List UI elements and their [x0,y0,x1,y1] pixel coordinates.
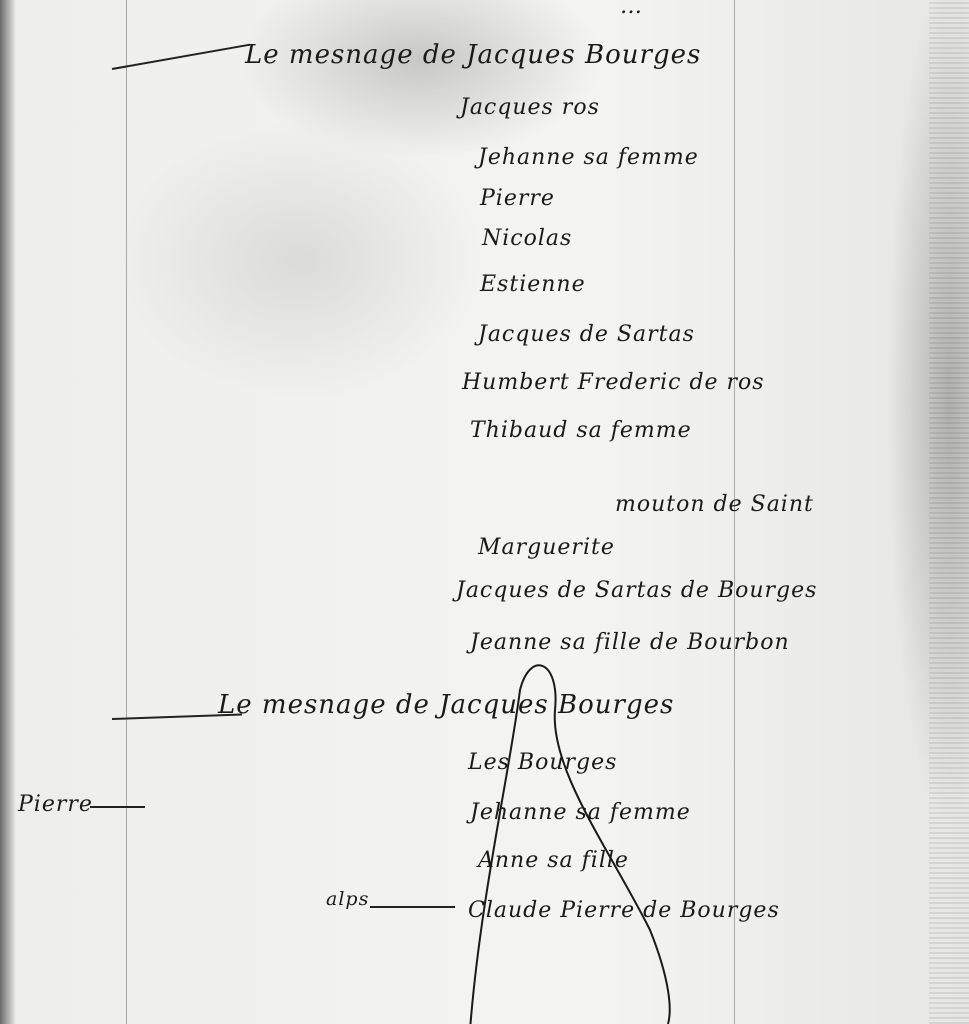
entry: Jacques ros [460,95,600,120]
entry: Jacques de Sartas de Bourges [456,578,817,603]
entry: Jacques de Sartas [478,322,695,347]
section-heading: Le mesnage de Jacques Bourges [245,40,701,70]
margin-rule [126,0,127,1024]
scan-edge [929,0,969,1024]
ink-loop [440,650,700,1024]
top-fragment: … [620,0,643,19]
entry: mouton de Saint [615,492,814,517]
margin-stroke [90,806,145,808]
entry: Estienne [480,272,586,297]
margin-note: Pierre [18,792,93,817]
entry: Humbert Frederic de ros [462,370,765,395]
entry: Thibaud sa femme [470,418,692,443]
margin-note: alps [326,888,369,910]
entry: Jehanne sa femme [478,145,699,170]
entry: Nicolas [482,226,572,251]
entry: Marguerite [478,535,615,560]
header-stroke [112,44,250,70]
document-page: Le mesnage de Jacques Bourges Jacques ro… [0,0,969,1024]
entry: Pierre [480,186,555,211]
